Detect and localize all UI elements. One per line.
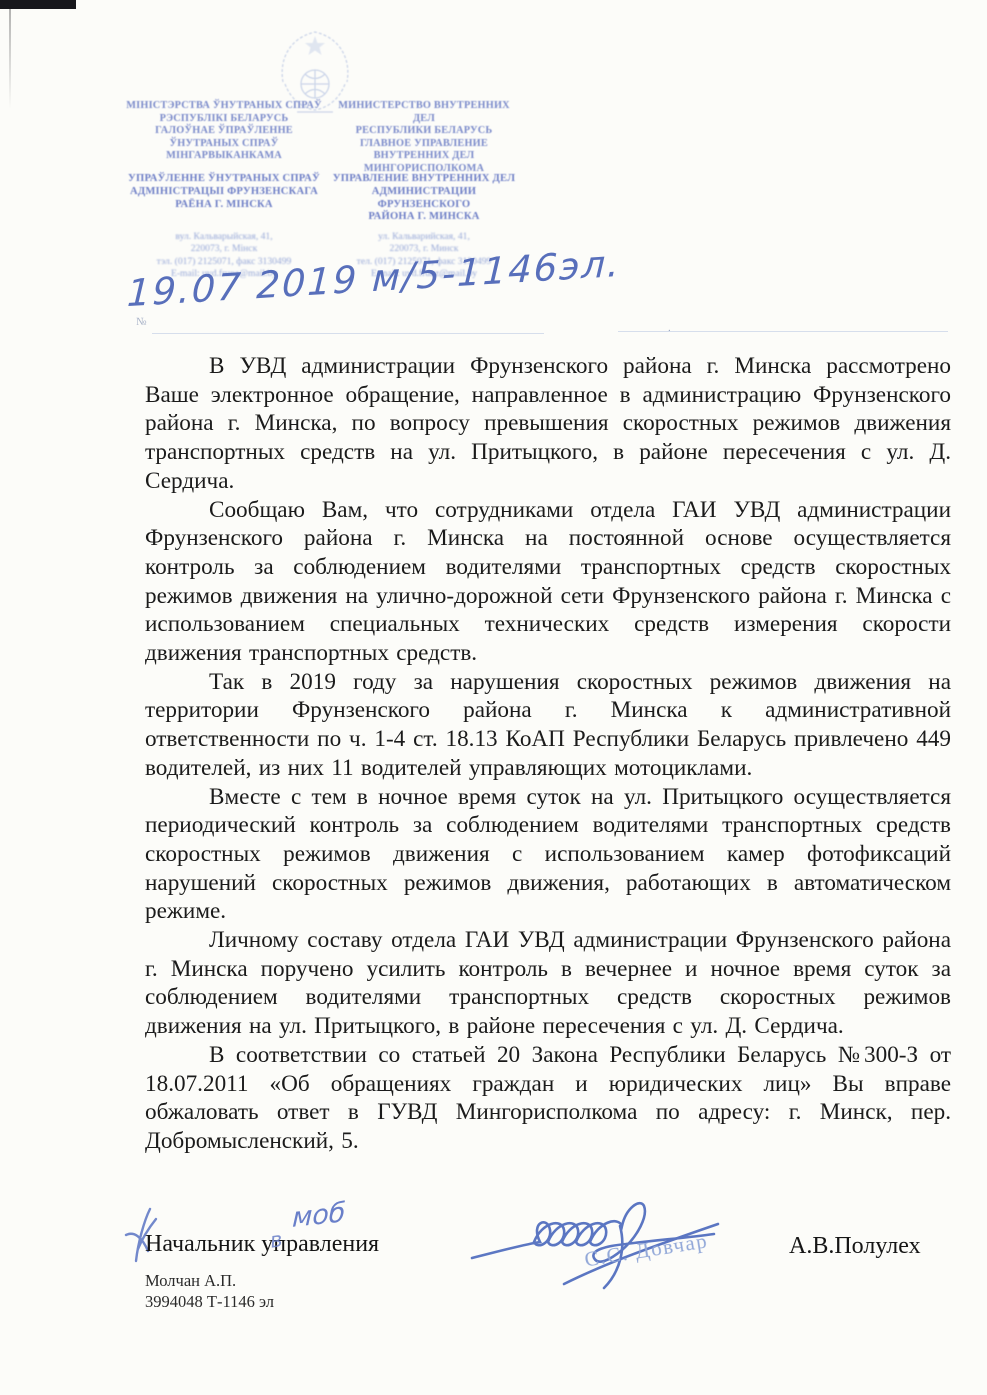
letterhead-line: ГАЛОЎНАЕ ЎПРАЎЛЕННЕ bbox=[124, 125, 324, 138]
letterhead-address-line: 220073, г. Мінск bbox=[124, 243, 324, 255]
letterhead-line: РАЙОНА Г. МИНСКА bbox=[328, 211, 520, 224]
signer-position-title: Начальник управления bbox=[145, 1231, 379, 1258]
executor-reference: 3994048 Т-1146 эл bbox=[145, 1291, 274, 1312]
letterhead-ministry-ru: МИНИСТЕРСТВО ВНУТРЕННИХ ДЕЛ РЕСПУБЛИКИ Б… bbox=[328, 100, 520, 176]
letterhead-line: МІНГАРВЫКАНКАМА bbox=[124, 150, 324, 163]
registration-underline bbox=[152, 333, 544, 334]
executor-block: Молчан А.П. 3994048 Т-1146 эл bbox=[145, 1270, 274, 1312]
signer-name: А.В.Полулех bbox=[789, 1233, 921, 1260]
letterhead-ministry-by: МІНІСТЭРСТВА ЎНУТРАНЫХ СПРАЎ РЭСПУБЛІКІ … bbox=[124, 100, 324, 163]
letterhead-address-line: вул. Кальварыйская, 41, bbox=[124, 231, 324, 243]
paragraph: Личному составу отдела ГАИ УВД администр… bbox=[145, 926, 951, 1041]
letterhead-line: РЕСПУБЛИКИ БЕЛАРУСЬ bbox=[328, 125, 520, 138]
paragraph: В соответствии со статьей 20 Закона Респ… bbox=[145, 1041, 951, 1156]
letterhead-line: РЭСПУБЛІКІ БЕЛАРУСЬ bbox=[124, 113, 324, 126]
letterhead-line: МІНІСТЭРСТВА ЎНУТРАНЫХ СПРАЎ bbox=[124, 100, 324, 113]
letterhead-department-by: УПРАЎЛЕННЕ ЎНУТРАНЫХ СПРАЎ АДМІНІСТРАЦЫІ… bbox=[124, 173, 324, 211]
scanned-letter-page: МІНІСТЭРСТВА ЎНУТРАНЫХ СПРАЎ РЭСПУБЛІКІ … bbox=[0, 0, 987, 1395]
paragraph: Так в 2019 году за нарушения скоростных … bbox=[145, 668, 951, 783]
letterhead-department-ru: УПРАВЛЕНИЕ ВНУТРЕННИХ ДЕЛ АДМИНИСТРАЦИИ … bbox=[328, 173, 520, 224]
letterhead-line: АДМІНІСТРАЦЫІ ФРУНЗЕНСКАГА bbox=[124, 186, 324, 199]
executor-name: Молчан А.П. bbox=[145, 1270, 274, 1291]
letter-body: В УВД администрации Фрунзенского района … bbox=[145, 352, 951, 1156]
letterhead-line: ЎНУТРАНЫХ СПРАЎ bbox=[124, 138, 324, 151]
scan-artifact-top-bar bbox=[0, 0, 76, 9]
scan-artifact-left-line bbox=[9, 9, 11, 109]
number-sign-label: № bbox=[136, 316, 147, 328]
letterhead-address-line: ул. Кальварийская, 41, bbox=[328, 231, 520, 243]
letterhead-line: МИНИСТЕРСТВО ВНУТРЕННИХ ДЕЛ bbox=[328, 100, 520, 125]
registration-dot: . bbox=[668, 322, 671, 334]
letterhead-line: АДМИНИСТРАЦИИ ФРУНЗЕНСКОГО bbox=[328, 186, 520, 212]
handwritten-note: моб bbox=[292, 1197, 346, 1234]
letterhead-line: ВНУТРЕННИХ ДЕЛ bbox=[328, 150, 520, 163]
letterhead-line: РАЁНА Г. МІНСКА bbox=[124, 199, 324, 212]
paragraph: В УВД администрации Фрунзенского района … bbox=[145, 352, 951, 496]
paragraph: Сообщаю Вам, что сотрудниками отдела ГАИ… bbox=[145, 496, 951, 668]
letterhead-line: УПРАВЛЕНИЕ ВНУТРЕННИХ ДЕЛ bbox=[328, 173, 520, 186]
letterhead-line: ГЛАВНОЕ УПРАВЛЕНИЕ bbox=[328, 138, 520, 151]
letterhead-line: УПРАЎЛЕННЕ ЎНУТРАНЫХ СПРАЎ bbox=[124, 173, 324, 186]
paragraph: Вместе с тем в ночное время суток на ул.… bbox=[145, 783, 951, 927]
